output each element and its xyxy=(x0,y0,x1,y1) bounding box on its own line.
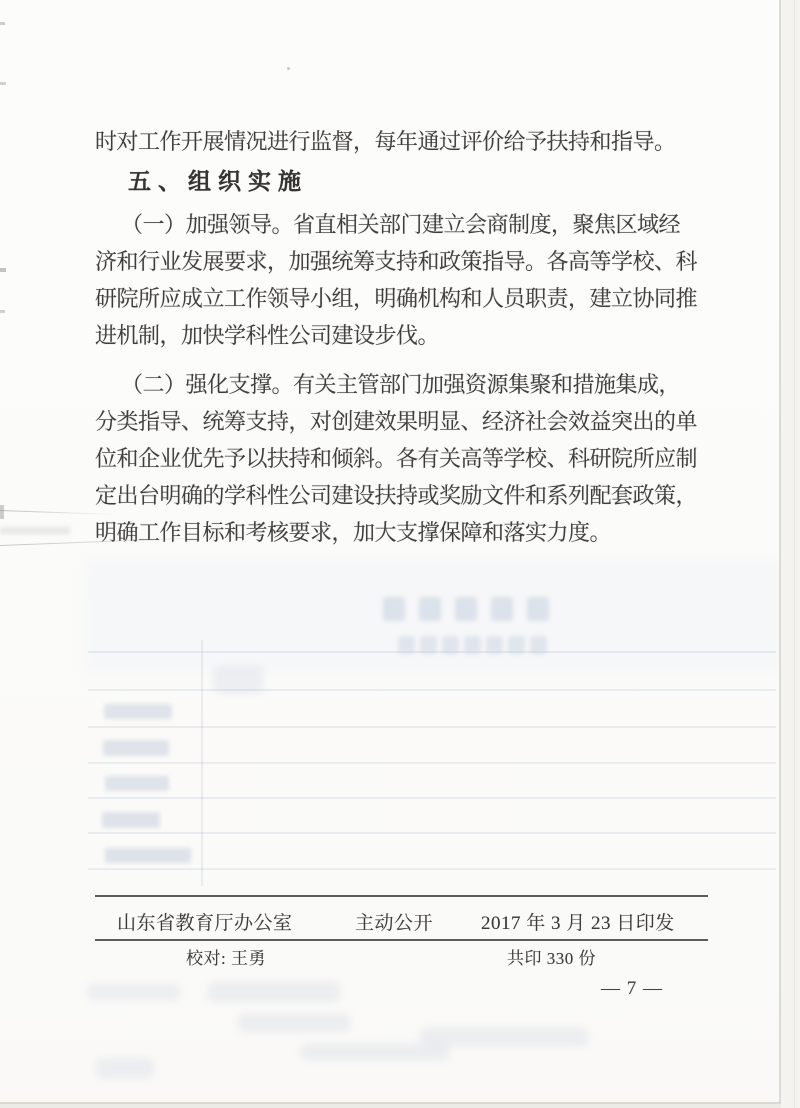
left-edge-mark xyxy=(0,22,5,25)
left-edge-mark xyxy=(0,310,5,313)
bleedthrough-smudge xyxy=(208,982,340,1002)
paragraph-2-line: 分类指导、统筹支持，对创建效果明显、经济社会效益突出的单 xyxy=(95,403,795,440)
bleedthrough-smudge xyxy=(300,1044,450,1060)
bleedthrough-title-glyph xyxy=(455,597,477,621)
paragraph-1-line: 济和行业发展要求，加强统筹支持和政策指导。各高等学校、科 xyxy=(95,243,795,280)
scan-bottom-margin xyxy=(0,1104,781,1108)
bleedthrough-row-label xyxy=(105,776,169,791)
bleedthrough-row-label xyxy=(105,848,191,863)
section-heading: 五、组织实施 xyxy=(128,165,308,197)
footer-disclosure-type: 主动公开 xyxy=(355,908,433,935)
page-number: — 7 — xyxy=(601,978,663,1000)
bleedthrough-table-line xyxy=(88,726,776,728)
bleedthrough-title-glyph xyxy=(383,597,405,621)
bleedthrough-smudge xyxy=(420,1028,588,1046)
bleedthrough-table-line xyxy=(88,689,776,691)
footer-rule-middle xyxy=(95,939,708,941)
bleedthrough-smudge xyxy=(88,984,180,1000)
bleedthrough-table-line xyxy=(88,832,776,834)
left-edge-mark xyxy=(0,268,6,272)
paper-crease-shadow xyxy=(0,527,70,534)
paragraph-1-line: （一）加强领导。省直相关部门建立会商制度，聚焦区域经 xyxy=(95,206,795,243)
bleedthrough-table-line xyxy=(88,868,776,870)
body-line: 时对工作开展情况进行监督，每年通过评价给予扶持和指导。 xyxy=(95,123,795,160)
footer-print-date: 2017 年 3 月 23 日印发 xyxy=(481,908,675,935)
footer-issuing-office: 山东省教育厅办公室 xyxy=(117,908,293,935)
bleedthrough-table-column-line xyxy=(201,640,203,886)
bleedthrough-row-label xyxy=(104,704,172,719)
left-edge-mark xyxy=(0,82,6,85)
bleedthrough-title-glyph xyxy=(527,597,549,621)
bleedthrough-title-glyph xyxy=(491,597,513,621)
scanned-document-page: 时对工作开展情况进行监督，每年通过评价给予扶持和指导。 五、组织实施 （一）加强… xyxy=(0,0,800,1108)
bleedthrough-table-line xyxy=(88,762,776,764)
paragraph-1-line: 进机制，加快学科性公司建设步伐。 xyxy=(95,317,795,354)
paragraph-2-line: 明确工作目标和考核要求，加大支撑保障和落实力度。 xyxy=(95,514,795,551)
bleedthrough-table-line xyxy=(88,797,776,799)
bleedthrough-table-line xyxy=(88,651,776,653)
bleedthrough-smudge xyxy=(96,1058,154,1078)
footer-proofreader: 校对: 王勇 xyxy=(186,944,266,969)
paragraph-2-line: 位和企业优先予以扶持和倾斜。各有关高等学校、科研院所应制 xyxy=(95,440,795,477)
bleedthrough-row-label xyxy=(103,740,169,756)
scan-right-margin xyxy=(781,0,800,1108)
footer-print-count: 共印 330 份 xyxy=(507,944,596,969)
paragraph-2-line: 定出台明确的学科性公司建设扶持或奖励文件和系列配套政策， xyxy=(95,477,795,514)
page-right-edge xyxy=(779,0,781,1108)
bleedthrough-title-glyph xyxy=(419,597,441,621)
footer-rule-top xyxy=(95,895,708,897)
scan-speck xyxy=(287,67,290,70)
left-edge-mark xyxy=(0,505,4,519)
paragraph-1-line: 研院所应成立工作领导小组，明确机构和人员职责，建立协同推 xyxy=(95,280,795,317)
paragraph-2-line: （二）强化支撑。有关主管部门加强资源集聚和措施集成， xyxy=(95,366,795,403)
bleedthrough-smudge xyxy=(238,1014,350,1032)
page-bottom-edge xyxy=(0,1102,781,1104)
underlying-sheet-edge xyxy=(794,0,795,1108)
bleedthrough-row-label xyxy=(102,812,160,828)
